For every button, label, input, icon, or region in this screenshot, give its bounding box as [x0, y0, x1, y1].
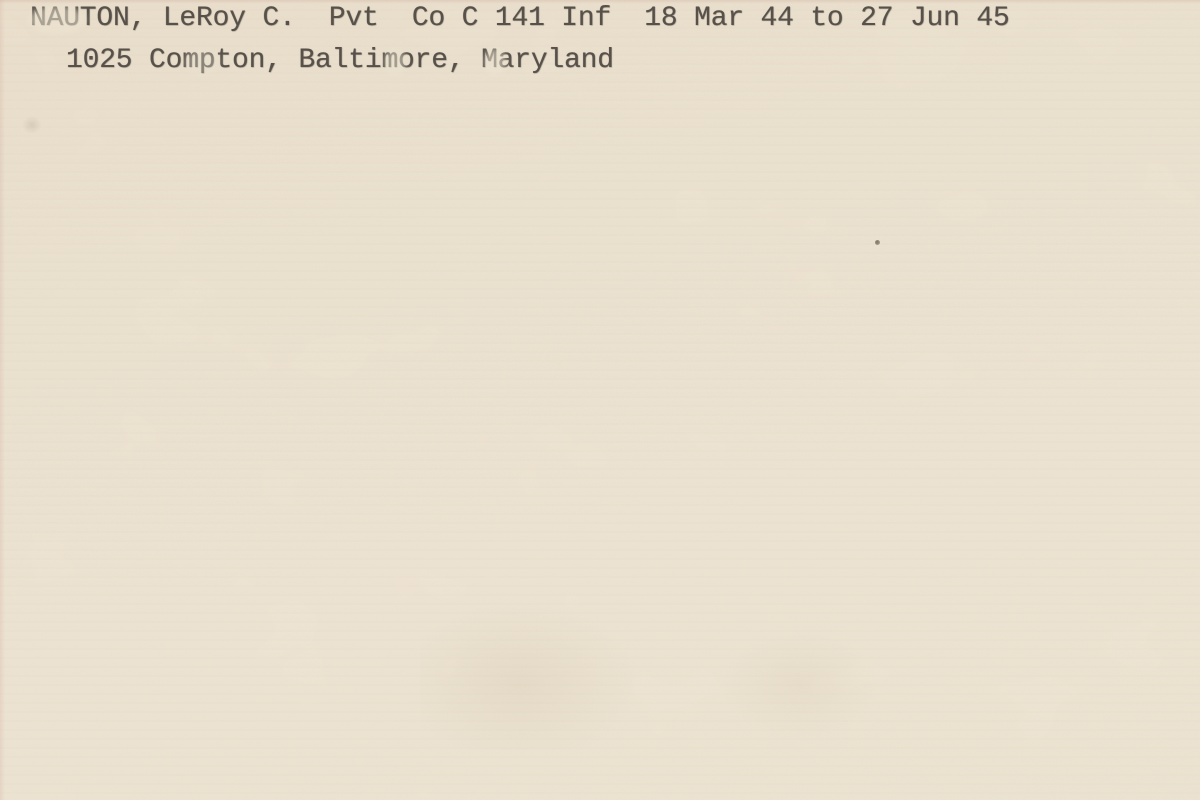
paper-speck	[875, 240, 880, 245]
paper-grain-texture	[0, 0, 1200, 800]
service-record-line: NAUTON, LeRoy C. Pvt Co C 141 Inf 18 Mar…	[30, 4, 1010, 34]
paper-stain	[720, 630, 880, 740]
scan-edge-shadow-left	[0, 0, 5, 800]
paper-stain	[420, 600, 640, 750]
paper-smudge	[22, 116, 42, 134]
address-line: 1025 Compton, Baltimore, Maryland	[66, 46, 614, 76]
paper-banding-texture	[0, 0, 1200, 800]
index-card: NAUTON, LeRoy C. Pvt Co C 141 Inf 18 Mar…	[0, 0, 1200, 800]
